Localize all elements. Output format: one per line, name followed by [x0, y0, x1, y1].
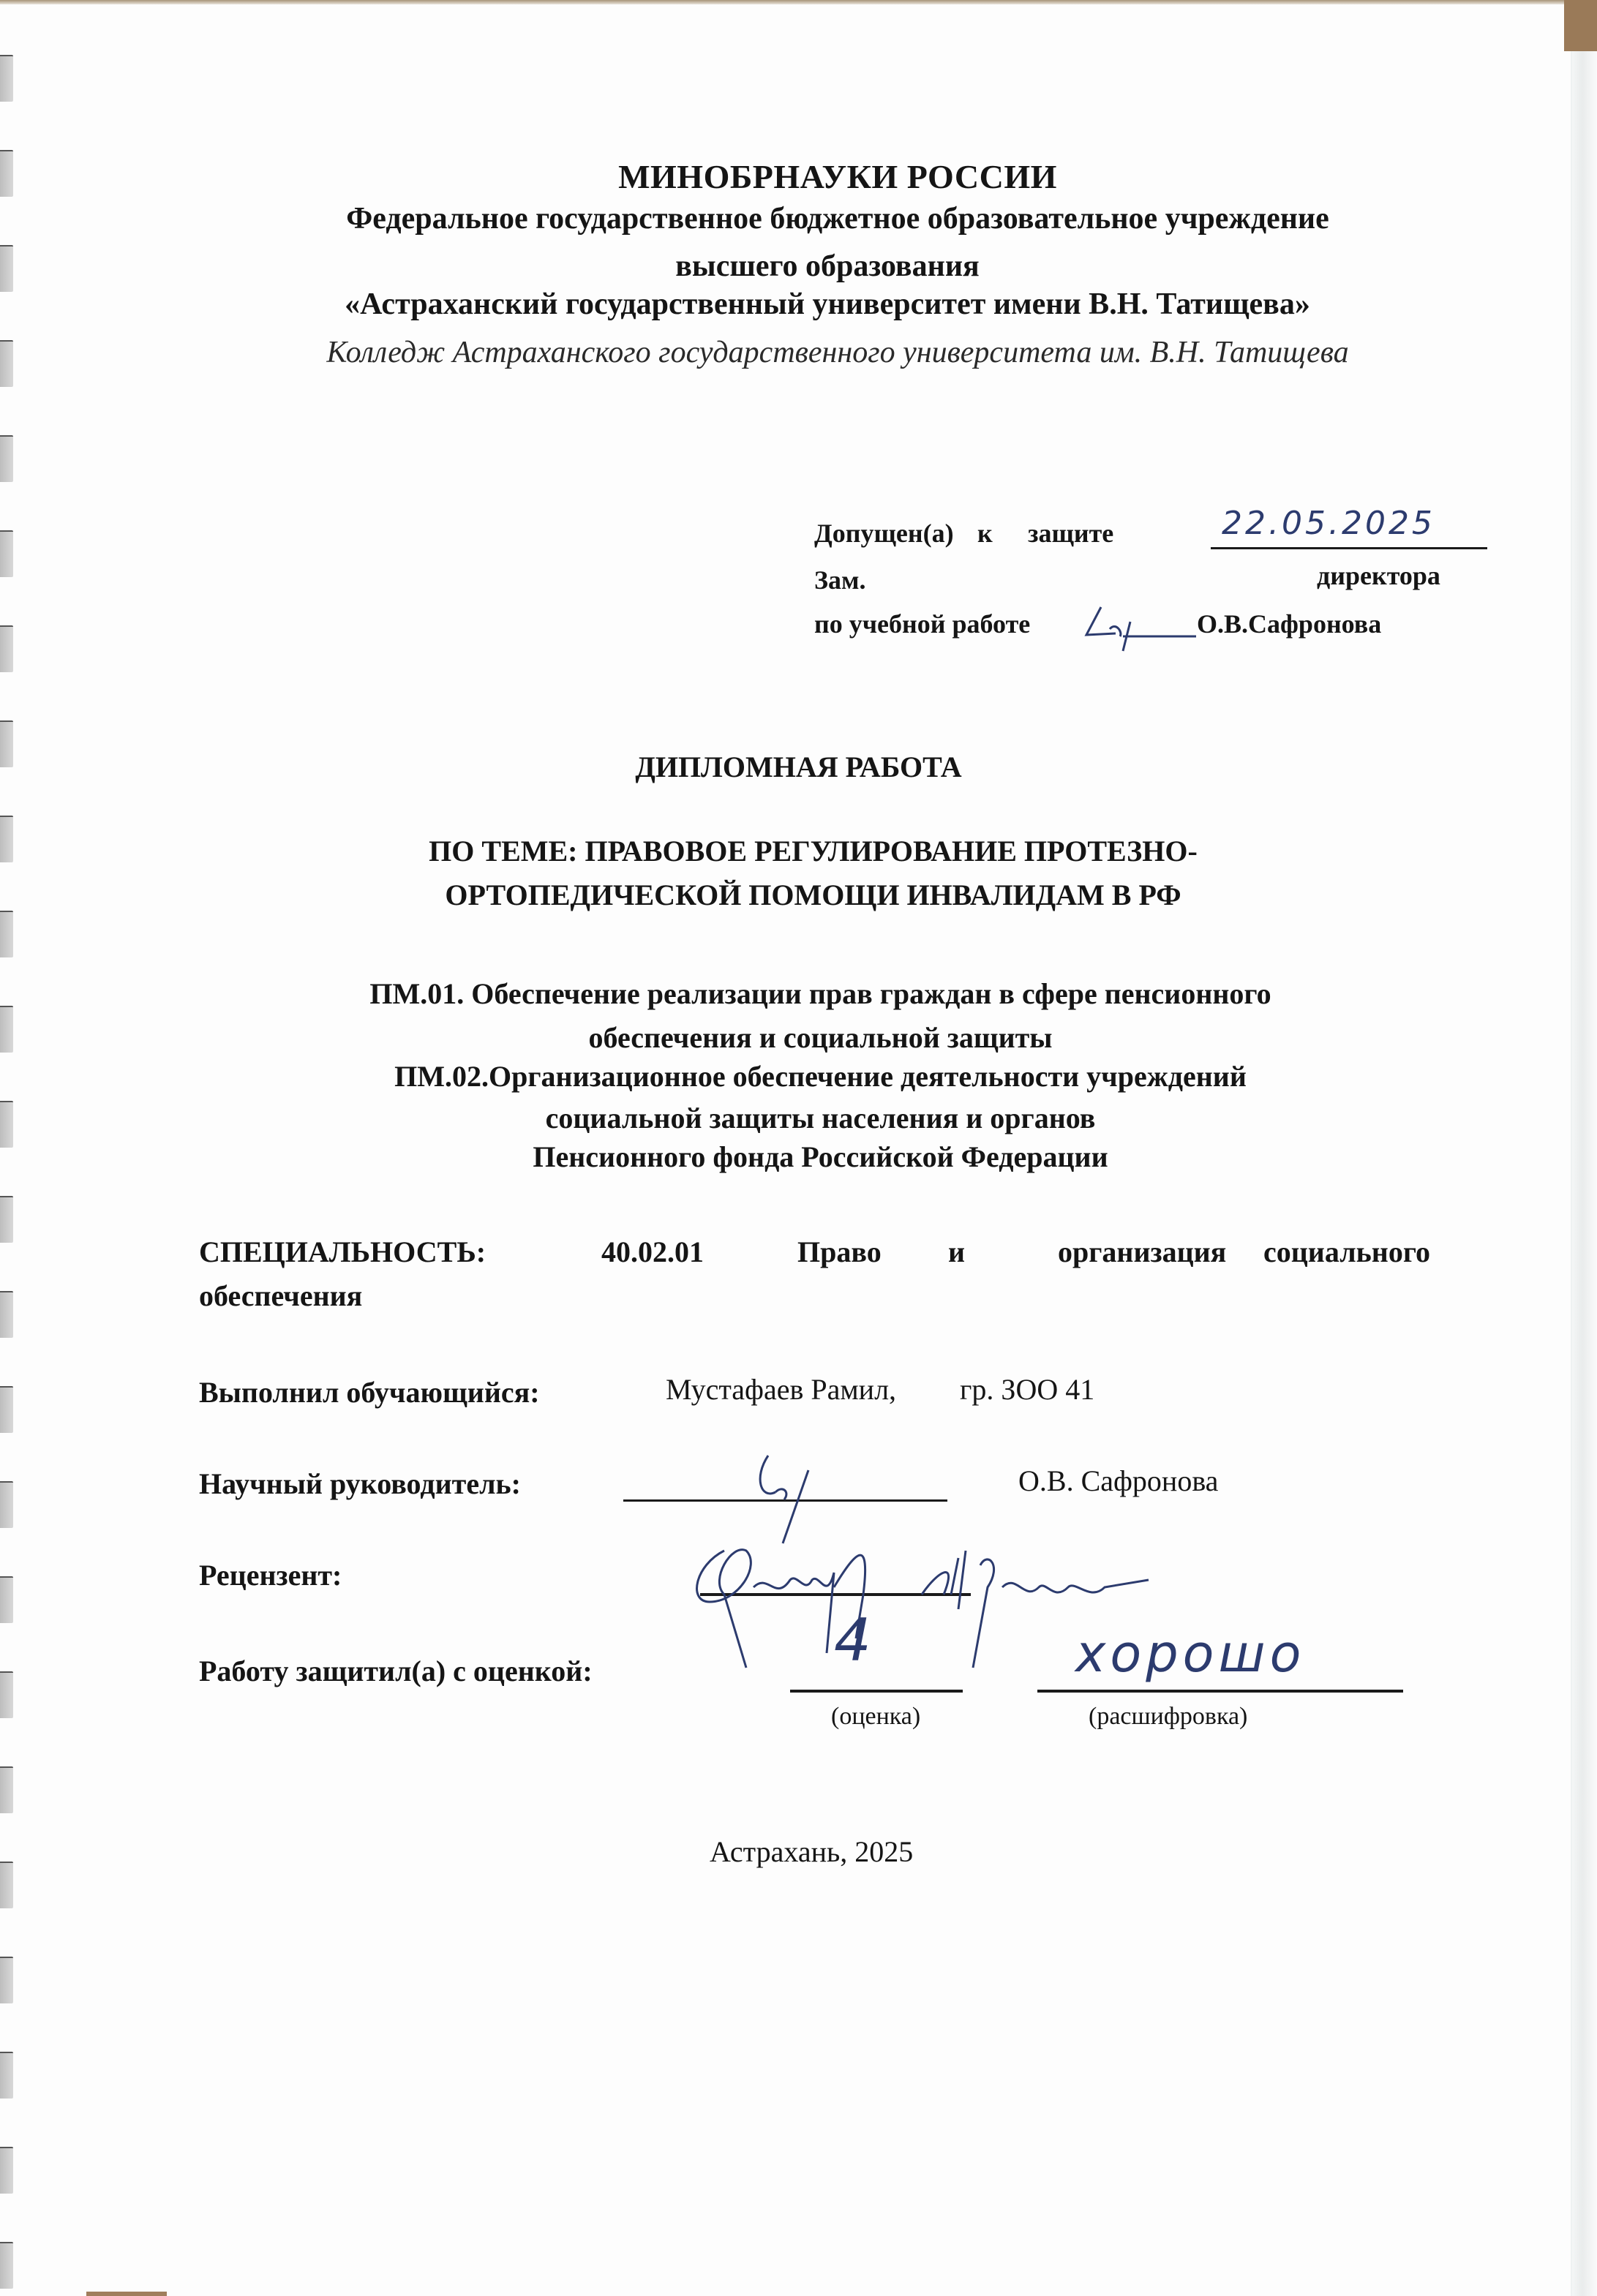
student-group: гр. ЗОО 41 [960, 1372, 1094, 1407]
reviewer-label: Рецензент: [199, 1558, 342, 1592]
city-year: Астрахань, 2025 [710, 1834, 913, 1869]
binder-hole [0, 1576, 13, 1623]
deputy-signature [1072, 600, 1203, 658]
binder-hole [0, 2242, 13, 2289]
institution-line-2: высшего образования [0, 249, 1597, 284]
binder-hole [0, 1196, 13, 1243]
specialty-label: СПЕЦИАЛЬНОСТЬ: [199, 1235, 486, 1269]
module-1-line-1: ПМ.01. Обеспечение реализации прав гражд… [22, 976, 1597, 1011]
college-name: Колледж Астраханского государственного у… [0, 335, 1597, 370]
work-type-heading: ДИПЛОМНАЯ РАБОТА [0, 750, 1597, 784]
grade-line [790, 1690, 963, 1693]
binder-hole [0, 55, 13, 102]
module-2-line-3: Пенсионного фонда Российской Федерации [22, 1140, 1597, 1174]
grade-caption: (оценка) [831, 1703, 920, 1731]
ministry-heading: МИНОБРНАУКИ РОССИИ [0, 157, 1597, 196]
university-name: «Астраханский государственный университе… [0, 287, 1597, 322]
student-label: Выполнил обучающийся: [199, 1375, 540, 1409]
grade-text-line [1037, 1690, 1403, 1693]
module-2-line-2: социальной защиты населения и органов [22, 1101, 1597, 1135]
binder-hole [0, 1957, 13, 2003]
student-name: Мустафаев Рамил, [666, 1372, 896, 1407]
to-label: к [977, 518, 993, 549]
defended-label: Работу защитил(а) с оценкой: [199, 1654, 593, 1688]
binder-hole [0, 1671, 13, 1718]
specialty-continuation: обеспечения [199, 1279, 362, 1313]
binder-hole [0, 1862, 13, 1908]
binder-hole [0, 435, 13, 482]
institution-line-1: Федеральное государственное бюджетное об… [0, 201, 1597, 236]
deputy-label: Зам. [814, 565, 866, 595]
module-2-line-1: ПМ.02.Организационное обеспечение деятел… [22, 1059, 1597, 1094]
module-1-line-2: обеспечения и социальной защиты [22, 1020, 1597, 1055]
background-corner [1564, 0, 1597, 51]
binder-hole [0, 1006, 13, 1053]
specialty-word-3: организация [1058, 1235, 1226, 1269]
specialty-word-4: социального [1263, 1235, 1430, 1269]
topic-line-1: ПО ТЕМЕ: ПРАВОВОЕ РЕГУЛИРОВАНИЕ ПРОТЕЗНО… [15, 834, 1597, 868]
binder-hole [0, 1386, 13, 1433]
grade-value-handwritten: 4 [834, 1606, 871, 1674]
binder-hole [0, 1481, 13, 1528]
deputy-name: О.В.Сафронова [1197, 609, 1381, 639]
grade-text-caption: (расшифровка) [1089, 1703, 1247, 1731]
grade-text-handwritten: хорошо [1075, 1624, 1305, 1684]
specialty-word-2: и [948, 1235, 965, 1269]
supervisor-name: О.В. Сафронова [1018, 1464, 1218, 1498]
binder-hole [0, 2147, 13, 2194]
binder-hole [0, 1766, 13, 1813]
background-bottom [86, 2292, 167, 2296]
admitted-label: Допущен(а) [814, 518, 954, 549]
director-label: директора [1317, 560, 1440, 591]
binder-hole [0, 625, 13, 672]
topic-line-2: ОРТОПЕДИЧЕСКОЙ ПОМОЩИ ИНВАЛИДАМ В РФ [15, 878, 1597, 912]
paper-top-edge [0, 0, 1597, 4]
binder-hole [0, 911, 13, 957]
date-underline [1211, 547, 1487, 549]
defense-label: защите [1028, 518, 1113, 549]
binder-hole [0, 530, 13, 577]
specialty-word-1: Право [797, 1235, 882, 1269]
academic-work-label: по учебной работе [814, 609, 1030, 639]
binder-hole [0, 1291, 13, 1338]
specialty-code: 40.02.01 [601, 1235, 704, 1269]
binder-hole [0, 816, 13, 862]
binder-hole [0, 2052, 13, 2099]
admission-date-handwritten: 22.05.2025 [1222, 505, 1435, 542]
binder-hole [0, 1101, 13, 1148]
supervisor-label: Научный руководитель: [199, 1467, 521, 1501]
